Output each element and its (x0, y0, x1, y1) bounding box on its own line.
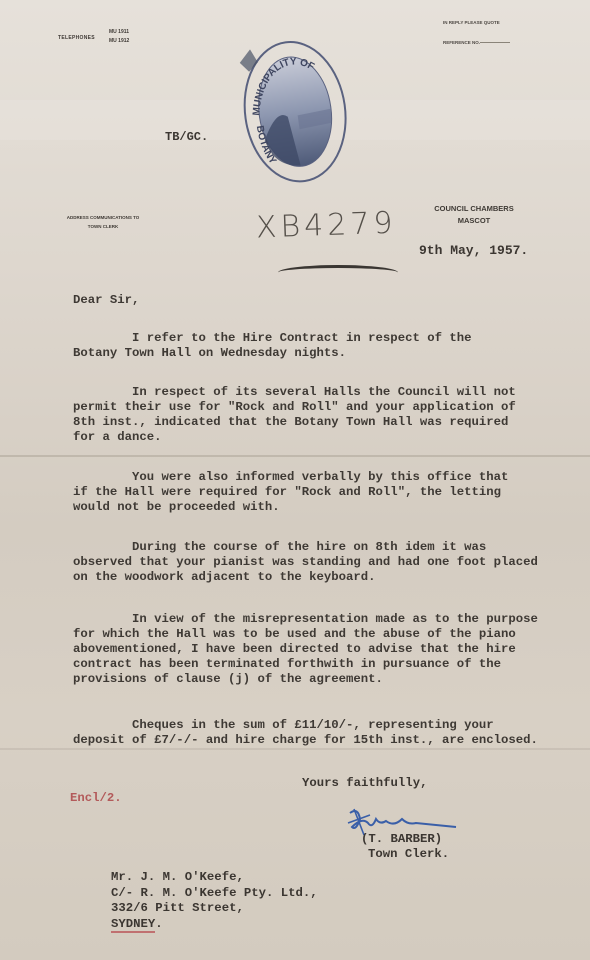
reference-label: REFERENCE No. (443, 40, 480, 45)
reply-reference-block: IN REPLY PLEASE QUOTE REFERENCE No. (443, 13, 510, 53)
address-line: ADDRESS COMMUNICATIONS TO (48, 213, 158, 222)
suburb: MASCOT (418, 215, 530, 227)
letter-page: TELEPHONES MU 1911 MU 1912 IN REPLY PLEA… (0, 0, 590, 960)
paragraph: Cheques in the sum of £11/10/-, represen… (73, 718, 553, 748)
closing: Yours faithfully, (302, 776, 427, 790)
paragraph: In view of the misrepresentation made as… (73, 612, 553, 687)
telephone-number: MU 1912 (109, 37, 129, 46)
address-line: TOWN CLERK (48, 222, 158, 231)
telephone-number: MU 1911 (109, 28, 129, 37)
addressee-line: Mr. J. M. O'Keefe, (111, 870, 318, 886)
council-chambers-address: COUNCIL CHAMBERS MASCOT (418, 203, 530, 227)
council-chambers: COUNCIL CHAMBERS (418, 203, 530, 215)
reference-code: TB/GC. (165, 130, 208, 144)
reply-label: IN REPLY PLEASE QUOTE (443, 13, 510, 33)
reference-line (480, 42, 510, 43)
signer-title: Town Clerk. (368, 847, 449, 862)
paragraph: In respect of its several Halls the Coun… (73, 385, 553, 445)
handwritten-underline (278, 265, 398, 280)
addressee-line: 332/6 Pitt Street, (111, 901, 318, 917)
handwritten-number: XB4279 (255, 206, 397, 246)
addressee-city: SYDNEY (111, 917, 155, 933)
telephones-label: TELEPHONES (58, 35, 95, 41)
paragraph: I refer to the Hire Contract in respect … (73, 331, 553, 361)
paper-fold (0, 748, 590, 750)
paragraph: During the course of the hire on 8th ide… (73, 540, 553, 585)
municipality-seal-icon: MUNICIPALITY OF BOTANY (227, 29, 359, 193)
addressee-block: Mr. J. M. O'Keefe,C/- R. M. O'Keefe Pty.… (111, 870, 318, 932)
signer-block: (T. BARBER)Town Clerk. (361, 832, 449, 862)
addressee-line: C/- R. M. O'Keefe Pty. Ltd., (111, 886, 318, 902)
signer-name: (T. BARBER) (361, 832, 449, 847)
paper-fold (0, 455, 590, 457)
paragraph: You were also informed verbally by this … (73, 470, 553, 515)
telephone-numbers: MU 1911 MU 1912 (109, 28, 129, 46)
letter-date: 9th May, 1957. (419, 243, 528, 258)
address-communications: ADDRESS COMMUNICATIONS TO TOWN CLERK (48, 213, 158, 231)
addressee-city-suffix: . (155, 917, 162, 931)
enclosure-note: Encl/2. (70, 791, 122, 805)
salutation: Dear Sir, (73, 293, 553, 308)
